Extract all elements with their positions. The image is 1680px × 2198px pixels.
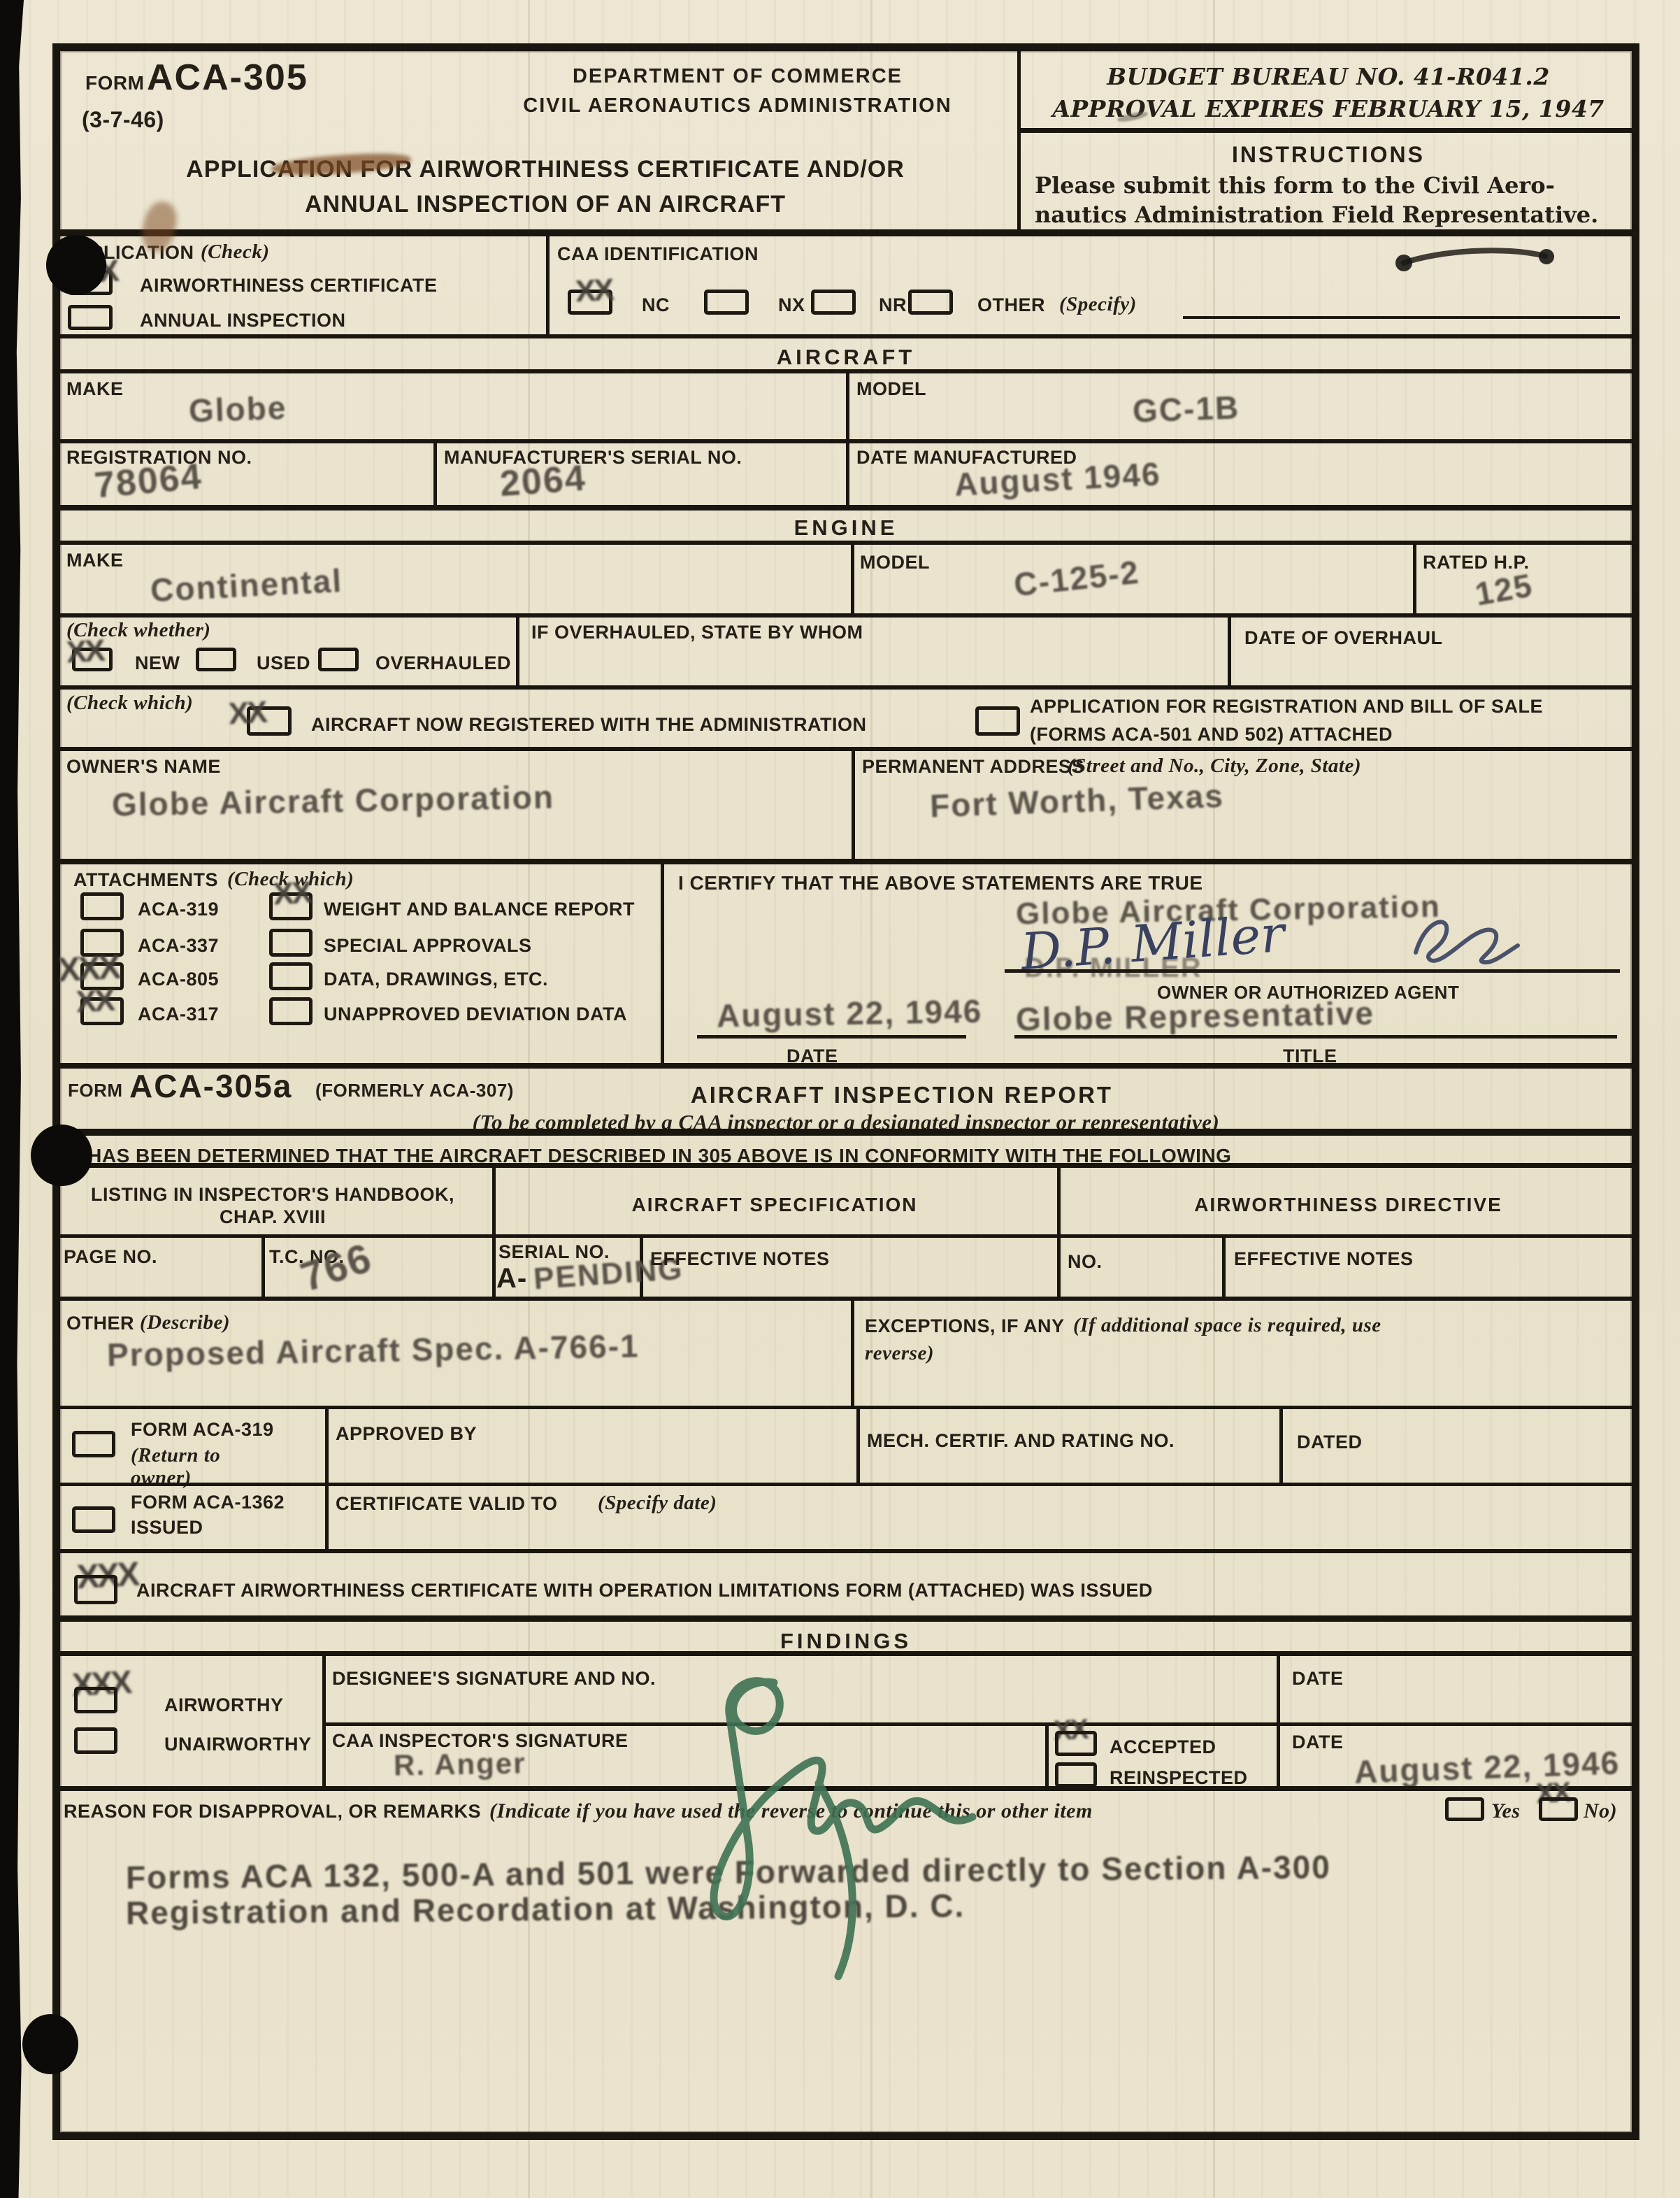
header-divider — [1017, 43, 1021, 229]
title-line — [1014, 1035, 1617, 1039]
other-describe-value: Proposed Aircraft Spec. A-766-1 — [107, 1329, 640, 1371]
divider — [492, 1163, 496, 1300]
nr-checkbox — [811, 290, 856, 315]
line — [52, 334, 1639, 338]
line — [52, 1163, 1639, 1168]
divider — [661, 859, 664, 1063]
form-aca-319-checkbox — [72, 1431, 115, 1457]
date-manufactured-value: August 1946 — [954, 457, 1162, 500]
divider — [1279, 1406, 1283, 1483]
ad-no-label: NO. — [1068, 1250, 1103, 1273]
budget-box-line — [1017, 128, 1639, 133]
airworthy-checkbox — [74, 1687, 117, 1713]
inspector-signature-ink — [640, 1666, 1087, 1988]
instructions-title: INSTRUCTIONS — [1028, 141, 1629, 168]
engine-make-label: MAKE — [66, 549, 124, 571]
line — [52, 505, 1639, 511]
engine-model-value: C-125-2 — [1012, 556, 1141, 601]
divider — [1057, 1163, 1061, 1300]
scan-torn-edge — [0, 0, 24, 2198]
overhauled-label: OVERHAULED — [375, 652, 511, 674]
line — [52, 747, 1639, 751]
form-revision: (3-7-46) — [82, 106, 164, 133]
budget-line1: BUDGET BUREAU NO. 41-R041.2 — [1028, 63, 1629, 91]
line — [52, 1549, 1639, 1553]
divider — [856, 1406, 860, 1483]
date-line — [697, 1035, 966, 1039]
reason-label: REASON FOR DISAPPROVAL, OR REMARKS — [64, 1800, 481, 1822]
form-aca-1362-checkbox — [72, 1506, 115, 1533]
aca-805-checkmark: XXX — [57, 951, 120, 987]
report-form-number: ACA-305a — [129, 1067, 292, 1106]
return-to-note2: owner) — [131, 1466, 192, 1490]
line — [52, 1234, 1639, 1238]
serial-no-label: MANUFACTURER'S SERIAL NO. — [444, 446, 742, 469]
form-label: FORM — [85, 71, 144, 95]
used-checkbox — [196, 648, 236, 671]
engine-make-value: Continental — [150, 564, 343, 606]
special-approvals-label: SPECIAL APPROVALS — [324, 934, 532, 957]
registration-application-checkbox — [975, 706, 1020, 736]
unapproved-deviation-label: UNAPPROVED DEVIATION DATA — [324, 1003, 627, 1025]
application-caa-divider — [546, 229, 550, 334]
handbook-col1-line1: LISTING IN INSPECTOR'S HANDBOOK, — [59, 1183, 486, 1206]
aircraft-make-value: Globe — [188, 392, 287, 427]
reverse-yes-checkbox — [1445, 1797, 1484, 1821]
nx-checkbox — [704, 290, 749, 315]
divider — [322, 1656, 326, 1786]
certificate-valid-to-note: (Specify date) — [598, 1491, 717, 1515]
line — [52, 1129, 1639, 1136]
other-describe-note: (Describe) — [140, 1311, 230, 1335]
ad-effective-notes-label: EFFECTIVE NOTES — [1234, 1248, 1414, 1270]
divider — [516, 613, 519, 685]
line — [52, 613, 1639, 618]
annual-inspection-checkbox — [68, 305, 113, 330]
aca-805-label: ACA-805 — [138, 968, 219, 990]
overhauled-checkbox — [318, 648, 359, 671]
department-line1: DEPARTMENT OF COMMERCE — [472, 64, 1003, 89]
findings-title: FINDINGS — [52, 1628, 1639, 1654]
divider — [1228, 613, 1231, 685]
mech-certif-label: MECH. CERTIF. AND RATING NO. — [867, 1429, 1175, 1452]
nc-checkmark: XX — [575, 275, 613, 308]
unapproved-deviation-checkbox — [269, 997, 313, 1025]
line — [52, 1615, 1639, 1622]
signature-line — [1005, 969, 1620, 973]
caa-identification-label: CAA IDENTIFICATION — [557, 243, 759, 265]
serial-prefix: A- — [496, 1262, 527, 1295]
airworthiness-certificate-label: AIRWORTHINESS CERTIFICATE — [140, 274, 438, 297]
certify-date-value: August 22, 1946 — [717, 995, 983, 1032]
permanent-address-note: (Street and No., City, Zone, State) — [1068, 754, 1361, 778]
certificate-valid-to-label: CERTIFICATE VALID TO — [336, 1492, 558, 1515]
report-formerly: (FORMERLY ACA-307) — [315, 1080, 514, 1101]
engine-model-label: MODEL — [860, 551, 930, 573]
form-number: ACA-305 — [147, 56, 308, 99]
designee-date-label: DATE — [1292, 1667, 1344, 1690]
divider — [846, 369, 849, 439]
other-describe-label: OTHER — [66, 1312, 134, 1334]
exceptions-note2: reverse) — [865, 1341, 934, 1366]
nr-label: NR — [879, 294, 907, 316]
new-label: NEW — [135, 652, 180, 674]
form-title-line1: APPLICATION FOR AIRWORTHINESS CERTIFICAT… — [87, 155, 1003, 184]
serial-no-value: 2064 — [498, 460, 587, 503]
divider — [852, 747, 855, 859]
other-label-note: (Specify) — [1059, 292, 1137, 317]
report-form-label: FORM — [68, 1080, 123, 1101]
hole-punch — [46, 235, 106, 295]
attachments-label: ATTACHMENTS — [73, 869, 218, 891]
permanent-address-label: PERMANENT ADDRESS — [862, 755, 1084, 778]
reverse-yes-label: Yes — [1491, 1799, 1521, 1824]
form-aca-319-label: FORM ACA-319 — [131, 1418, 274, 1441]
reverse-no-checkbox — [1539, 1797, 1578, 1821]
aca-317-label: ACA-317 — [138, 1003, 219, 1025]
line — [52, 685, 1639, 690]
weight-balance-label: WEIGHT AND BALANCE REPORT — [324, 898, 635, 920]
approved-by-label: APPROVED BY — [336, 1422, 477, 1445]
effective-notes-label: EFFECTIVE NOTES — [650, 1248, 830, 1270]
line — [52, 1483, 1639, 1486]
used-label: USED — [257, 652, 310, 674]
line — [52, 1406, 1639, 1409]
unairworthy-checkbox — [74, 1727, 117, 1754]
form-aca-1362-label: FORM ACA-1362 — [131, 1491, 285, 1513]
department-line2: CIVIL AERONAUTICS ADMINISTRATION — [472, 94, 1003, 118]
divider — [851, 1301, 854, 1406]
owner-name-label: OWNER'S NAME — [66, 755, 221, 778]
reverse-no-label: No) — [1584, 1799, 1617, 1824]
header-bottom-line — [52, 229, 1639, 236]
dated-label: DATED — [1297, 1431, 1363, 1453]
handbook-col1-line2: CHAP. XVIII — [59, 1206, 486, 1228]
handbook-col3-header: AIRWORTHINESS DIRECTIVE — [1057, 1193, 1639, 1217]
other-label: OTHER — [977, 294, 1045, 316]
certify-statement: I CERTIFY THAT THE ABOVE STATEMENTS ARE … — [678, 871, 1203, 895]
instructions-line1: Please submit this form to the Civil Aer… — [1035, 172, 1555, 199]
aca-317-checkmark: XX — [76, 985, 114, 1018]
other-checkbox — [908, 290, 953, 315]
divider — [1413, 541, 1416, 613]
new-checkmark: XX — [66, 636, 104, 669]
line — [52, 541, 1639, 545]
page-no-label: PAGE NO. — [64, 1246, 157, 1268]
weight-balance-checkmark: XX — [273, 878, 311, 911]
aircraft-model-value: GC-1B — [1132, 391, 1240, 427]
data-drawings-label: DATA, DRAWINGS, ETC. — [324, 968, 548, 990]
hole-punch — [31, 1125, 92, 1186]
exceptions-label: EXCEPTIONS, IF ANY — [865, 1315, 1065, 1337]
application-label-note: (Check) — [201, 240, 270, 264]
registration-no-value: 78064 — [93, 458, 204, 504]
inspection-date-value: August 22, 1946 — [1354, 1746, 1621, 1787]
divider — [846, 439, 849, 505]
aca-319-label: ACA-319 — [138, 898, 219, 920]
aircraft-section-title: AIRCRAFT — [52, 344, 1639, 370]
cert-issued-checkbox — [74, 1575, 117, 1604]
certify-title-value: Globe Representative — [1016, 997, 1375, 1036]
form-border: FORM ACA-305 (3-7-46) DEPARTMENT OF COMM… — [52, 43, 1639, 2140]
scanned-form-aca-305: FORM ACA-305 (3-7-46) DEPARTMENT OF COMM… — [0, 0, 1680, 2198]
inspector-name-stamp: R. Anger — [394, 1748, 526, 1780]
ink-scribble — [1391, 239, 1587, 281]
hole-punch — [22, 2014, 78, 2074]
divider — [851, 541, 854, 613]
nc-label: NC — [642, 294, 670, 316]
accepted-label: ACCEPTED — [1110, 1736, 1216, 1758]
date-of-overhaul-label: DATE OF OVERHAUL — [1244, 627, 1443, 649]
check-which-note: (Check which) — [66, 691, 193, 715]
data-drawings-checkbox — [269, 962, 313, 990]
rated-hp-value: 125 — [1473, 569, 1535, 611]
aca-319-checkbox — [80, 892, 124, 920]
designee-signature-label: DESIGNEE'S SIGNATURE AND NO. — [332, 1667, 656, 1690]
registered-label: AIRCRAFT NOW REGISTERED WITH THE ADMINIS… — [311, 713, 866, 736]
airworthy-label: AIRWORTHY — [164, 1694, 284, 1716]
aircraft-make-label: MAKE — [66, 378, 124, 400]
divider — [325, 1406, 329, 1549]
registration-application-line1: APPLICATION FOR REGISTRATION AND BILL OF… — [1030, 695, 1543, 718]
line — [52, 1651, 1639, 1656]
form-title-line2: ANNUAL INSPECTION OF AN AIRCRAFT — [87, 190, 1003, 219]
exceptions-note: (If additional space is required, use — [1073, 1313, 1381, 1338]
owner-name-value: Globe Aircraft Corporation — [112, 780, 555, 820]
report-title: AIRCRAFT INSPECTION REPORT — [542, 1081, 1262, 1109]
return-to-note1: (Return to — [131, 1443, 220, 1468]
unairworthy-label: UNAIRWORTHY — [164, 1733, 312, 1755]
line — [52, 859, 1639, 864]
registered-checkmark: XX — [228, 697, 266, 730]
registration-application-line2: (FORMS ACA-501 AND 502) ATTACHED — [1030, 723, 1393, 745]
special-approvals-checkbox — [269, 929, 313, 957]
owner-address-value: Fort Worth, Texas — [929, 780, 1224, 822]
other-specify-line — [1183, 316, 1620, 319]
divider — [1277, 1656, 1280, 1786]
cert-issued-text: AIRCRAFT AIRWORTHINESS CERTIFICATE WITH … — [136, 1579, 1153, 1601]
aca-337-label: ACA-337 — [138, 934, 219, 957]
if-overhauled-label: IF OVERHAULED, STATE BY WHOM — [531, 621, 863, 643]
nx-label: NX — [778, 294, 805, 316]
divider — [433, 439, 437, 505]
instructions-line2: nautics Administration Field Representat… — [1035, 201, 1598, 228]
annual-inspection-label: ANNUAL INSPECTION — [140, 309, 346, 331]
owner-signature-flourish — [1409, 909, 1528, 972]
inspection-date-label: DATE — [1292, 1731, 1344, 1753]
issued-label: ISSUED — [131, 1516, 203, 1539]
line — [52, 1297, 1639, 1301]
divider — [261, 1238, 265, 1300]
handbook-col2-header: AIRCRAFT SPECIFICATION — [492, 1193, 1057, 1217]
divider — [1222, 1238, 1226, 1300]
aircraft-model-label: MODEL — [856, 378, 926, 400]
engine-section-title: ENGINE — [52, 515, 1639, 541]
